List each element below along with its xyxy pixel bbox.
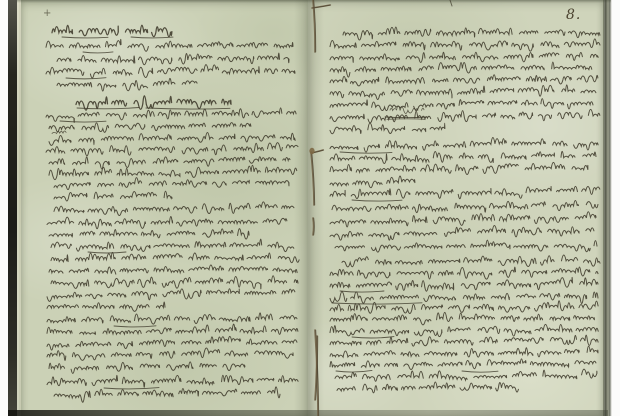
- torn-paper-edge: [17, 0, 21, 416]
- page-top-shadow: [17, 0, 611, 3]
- plus-mark: +: [43, 8, 51, 19]
- page-stack-edge-right: [603, 0, 612, 416]
- page-number: 8.: [566, 7, 581, 23]
- binding-gutter: [294, 0, 324, 416]
- left-page: [19, 0, 308, 416]
- book-edge-bottom: [8, 410, 608, 416]
- book-edge-left: [8, 0, 17, 416]
- right-page: [308, 0, 604, 416]
- manuscript-scan: 8. +: [0, 0, 620, 416]
